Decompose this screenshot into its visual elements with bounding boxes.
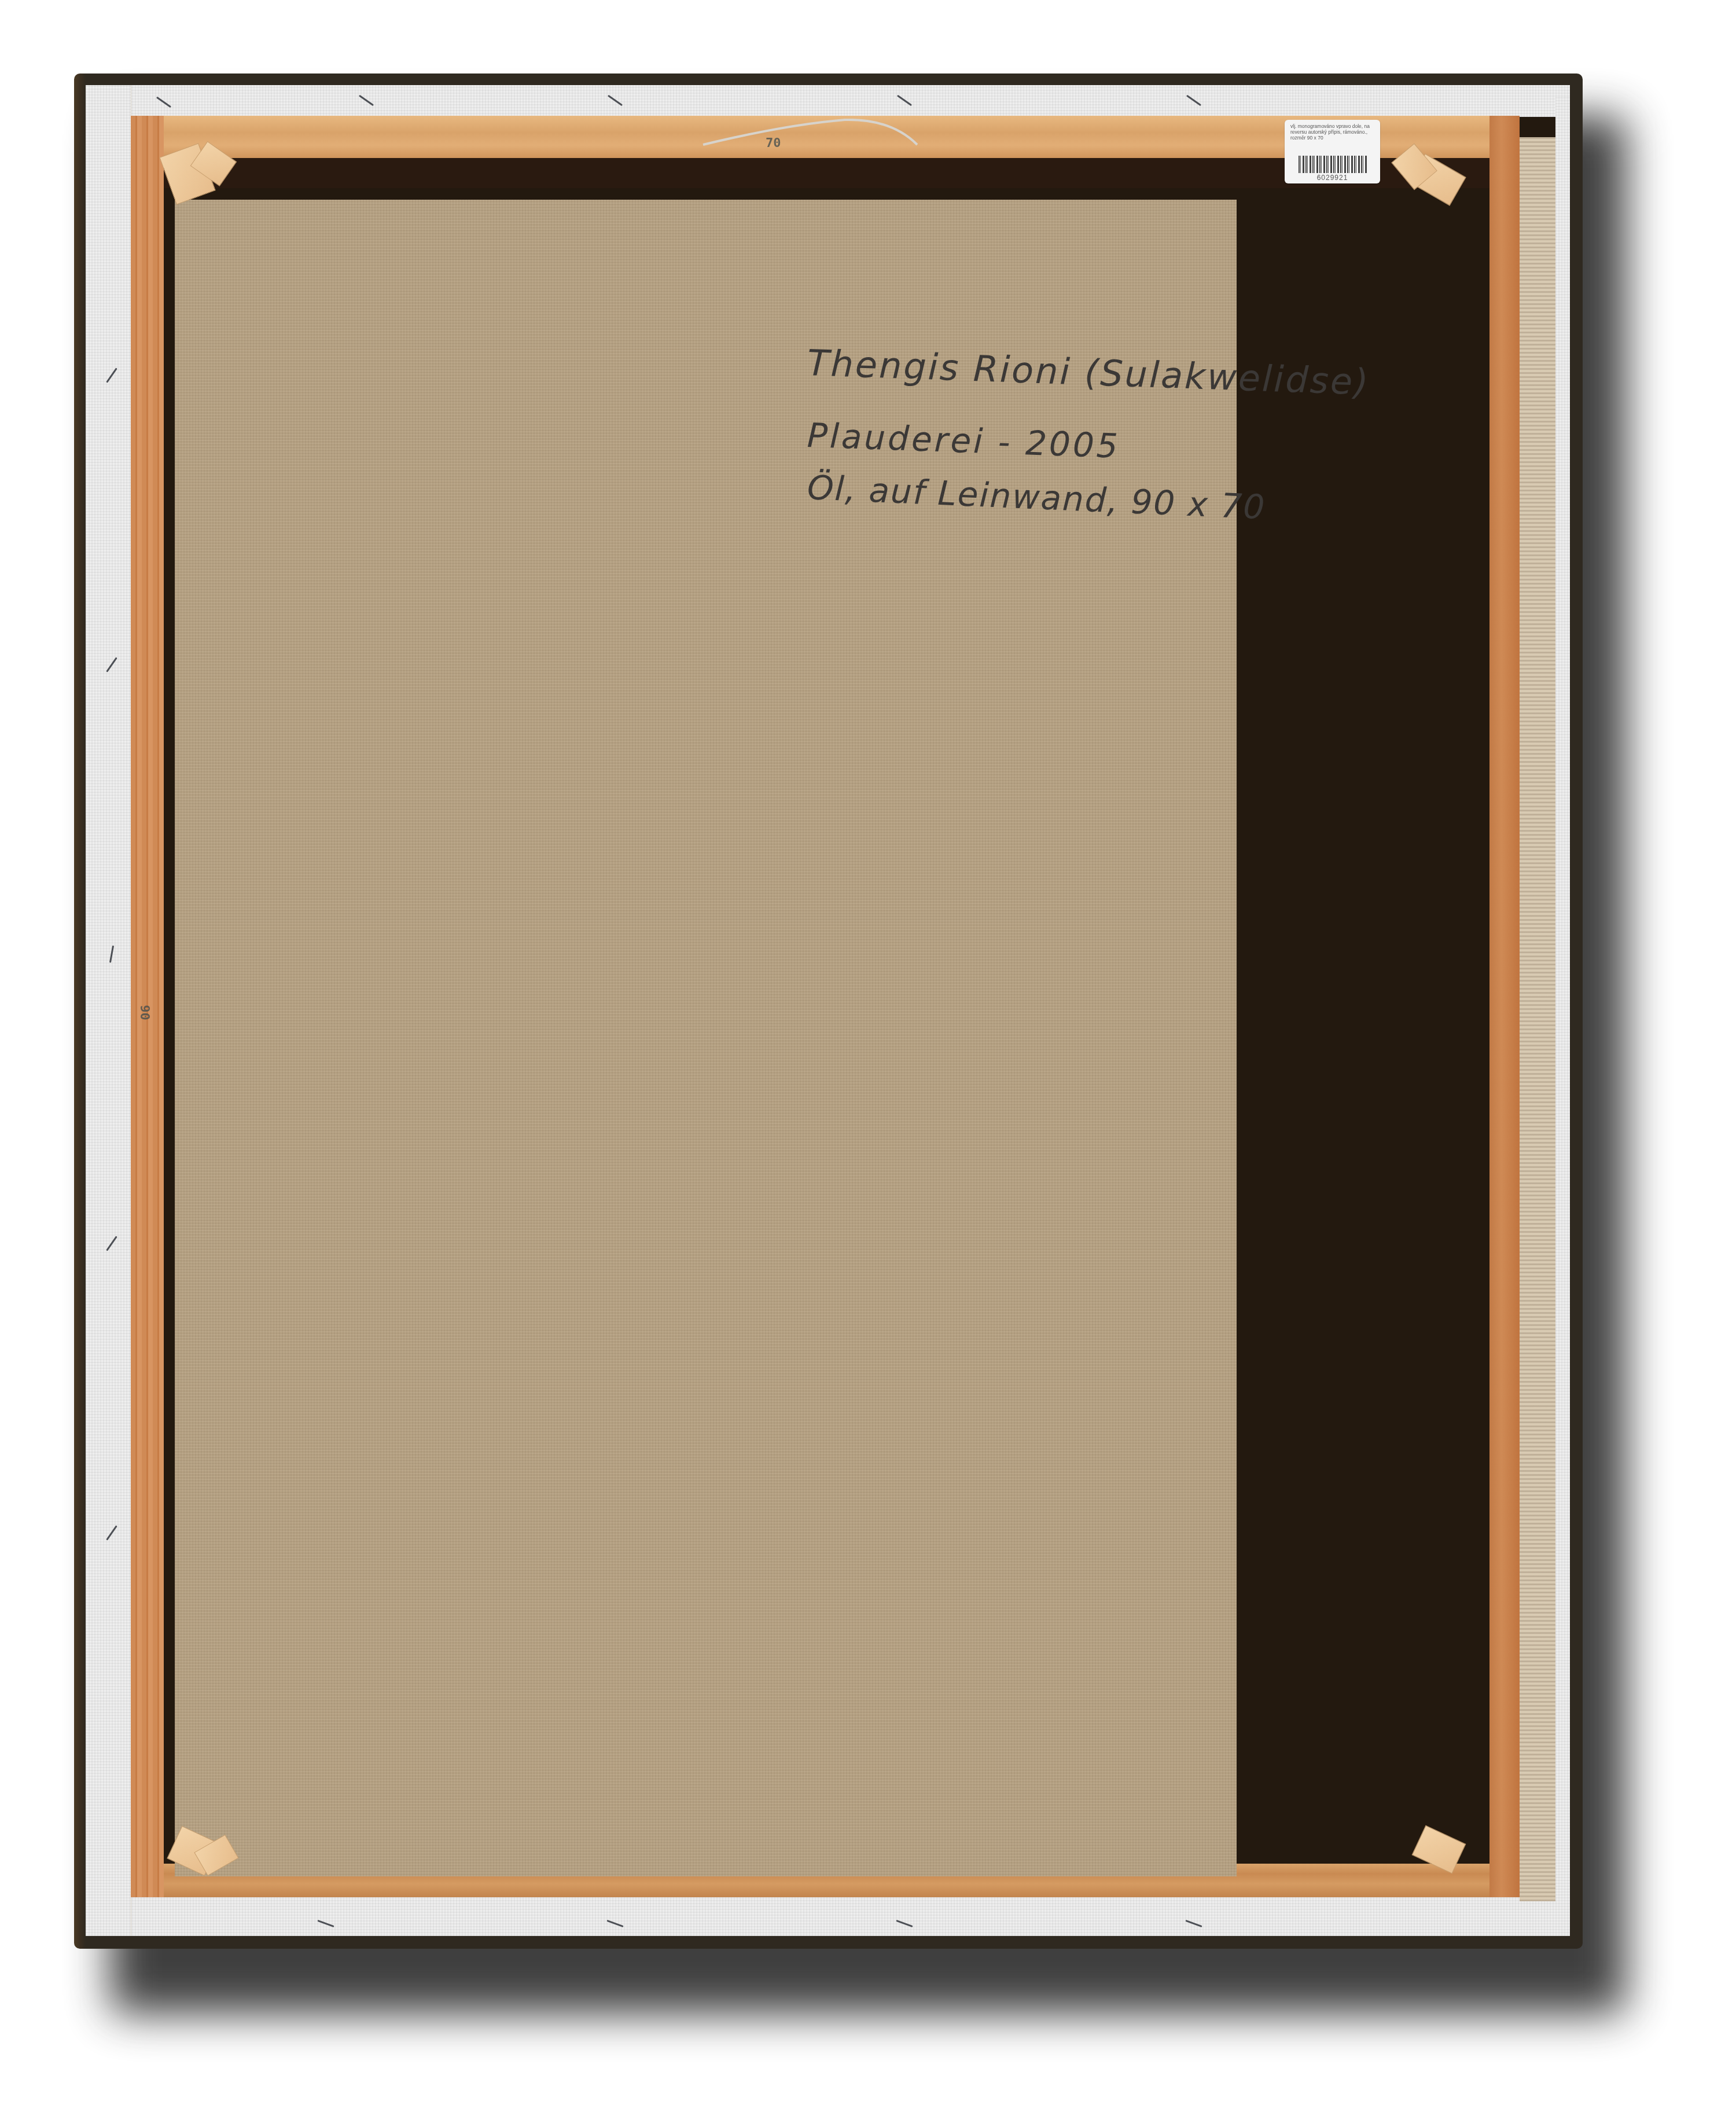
barcode-icon xyxy=(1299,156,1367,173)
stretcher-stamp-left: 90 xyxy=(137,1005,152,1020)
inscription-artist: Thengis Rioni (Sulakwelidse) xyxy=(807,341,1371,403)
barcode-number: 6029921 xyxy=(1285,174,1380,182)
inscription-title-year: Plauderei - 2005 xyxy=(807,416,1371,475)
label-description: vlj. monogramováno vpravo dole, na rever… xyxy=(1290,123,1377,141)
tacking-strip-top xyxy=(86,85,1570,117)
handwritten-inscription: Thengis Rioni (Sulakwelidse) Plauderei -… xyxy=(807,341,1370,507)
stretcher-bar-right xyxy=(1489,116,1520,1897)
tacking-strip-right xyxy=(1555,97,1570,1901)
hanging-wire xyxy=(700,119,932,148)
tacking-strip-left xyxy=(86,85,131,1936)
auction-label: vlj. monogramováno vpravo dole, na rever… xyxy=(1285,120,1380,183)
frayed-linen-edge xyxy=(1520,137,1555,1901)
tacking-strip-bottom xyxy=(86,1897,1570,1936)
